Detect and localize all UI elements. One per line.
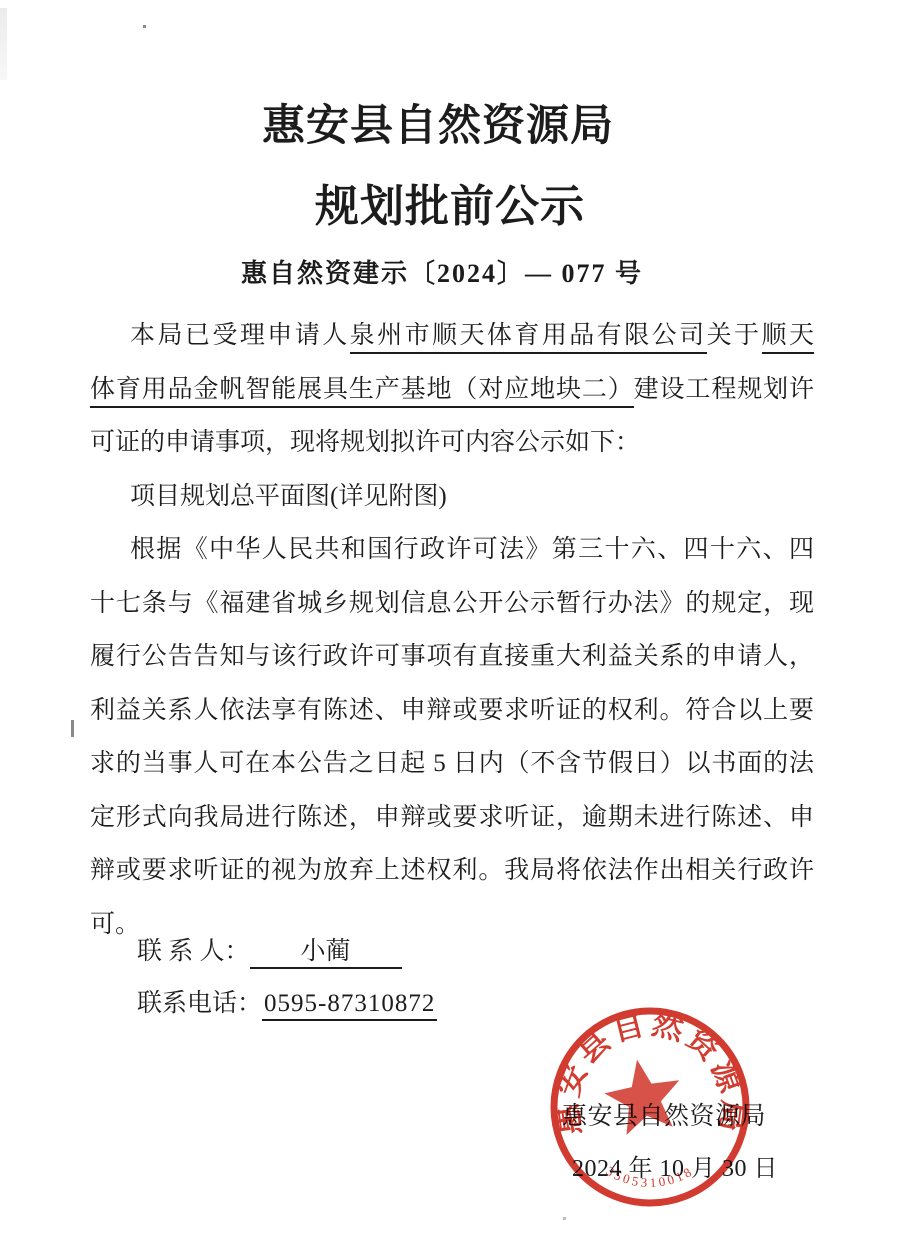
document-title-line2: 规划批前公示: [0, 170, 900, 234]
body-line: 十七条与《福建省城乡规划信息公开公示暂行办法》的规定，现: [90, 577, 814, 631]
body-text-segment: 项目规划总平面图(详见附图): [130, 483, 447, 510]
contact-phone-label: 联系电话：: [137, 990, 262, 1017]
body-line: 履行公告告知与该行政许可事项有直接重大利益关系的申请人，: [90, 630, 814, 684]
contact-phone-row: 联系电话：0595-87310872: [137, 978, 437, 1030]
document-number: 惠自然资建示〔2024〕— 077 号: [0, 253, 892, 290]
body-text-segment: 求的当事人可在本公告之日起 5 日内（不含节假日）以书面的法: [90, 750, 814, 777]
body-line: 根据《中华人民共和国行政许可法》第三十六、四十六、四: [90, 523, 814, 577]
body-text-segment: 关于: [707, 322, 762, 349]
contact-block: 联 系 人：小蔺 联系电话：0595-87310872: [137, 926, 437, 1030]
body-line: 求的当事人可在本公告之日起 5 日内（不含节假日）以书面的法: [90, 737, 814, 791]
underlined-text: 泉州市顺天体育用品有限公司: [350, 322, 707, 354]
body-line: 定形式向我局进行陈述，申辩或要求听证，逾期未进行陈述、申: [90, 791, 814, 845]
document-title-line1: 惠安县自然资源局: [0, 92, 888, 153]
body-line: 本局已受理申请人泉州市顺天体育用品有限公司关于顺天: [90, 309, 814, 363]
official-seal: 惠安县自然资源局 3505310018: [540, 997, 760, 1219]
contact-phone-number: 0595-87310872: [262, 989, 437, 1021]
body-text-segment: 建设工程规划许: [634, 376, 814, 403]
body-text-segment: 可。: [90, 911, 140, 938]
body-text-segment: 辩或要求听证的视为放弃上述权利。我局将依法作出相关行政许: [90, 857, 814, 884]
contact-person-label: 联 系 人：: [137, 938, 250, 965]
body-text-segment: 履行公告告知与该行政许可事项有直接重大利益关系的申请人，: [90, 643, 814, 670]
body-line: 利益关系人依法享有陈述、申辩或要求听证的权利。符合以上要: [90, 684, 814, 738]
body-text-segment: 本局已受理申请人: [130, 322, 350, 349]
seal-arc-text: 惠安县自然资源局: [549, 1006, 752, 1138]
body-line: 可证的申请事项，现将规划拟许可内容公示如下：: [90, 416, 814, 470]
seal-serial-number: 3505310018: [604, 1163, 697, 1190]
seal-star-icon: [600, 1053, 687, 1137]
underlined-text: 体育用品金帆智能展具生产基地（对应地块二）: [90, 376, 634, 408]
body-text-segment: 根据《中华人民共和国行政许可法》第三十六、四十六、四: [130, 536, 814, 563]
scan-artifact: [71, 720, 74, 737]
contact-person-row: 联 系 人：小蔺: [137, 926, 437, 978]
body-text-segment: 可证的申请事项，现将规划拟许可内容公示如下：: [90, 429, 640, 456]
body-line: 项目规划总平面图(详见附图): [90, 470, 814, 524]
document-page: 惠安县自然资源局 规划批前公示 惠自然资建示〔2024〕— 077 号 本局已受…: [0, 0, 900, 1260]
contact-person-name: 小蔺: [250, 937, 402, 969]
body-line: 体育用品金帆智能展具生产基地（对应地块二）建设工程规划许: [90, 363, 814, 417]
scan-artifact: [0, 8, 7, 80]
body-text-segment: 定形式向我局进行陈述，申辩或要求听证，逾期未进行陈述、申: [90, 804, 814, 831]
body-line: 辩或要求听证的视为放弃上述权利。我局将依法作出相关行政许: [90, 844, 814, 898]
body-text-segment: 利益关系人依法享有陈述、申辩或要求听证的权利。符合以上要: [90, 697, 814, 724]
underlined-text: 顺天: [762, 322, 814, 354]
scan-artifact: [143, 25, 146, 28]
body-text-segment: 十七条与《福建省城乡规划信息公开公示暂行办法》的规定，现: [90, 590, 814, 617]
body-text: 本局已受理申请人泉州市顺天体育用品有限公司关于顺天体育用品金帆智能展具生产基地（…: [90, 309, 814, 951]
